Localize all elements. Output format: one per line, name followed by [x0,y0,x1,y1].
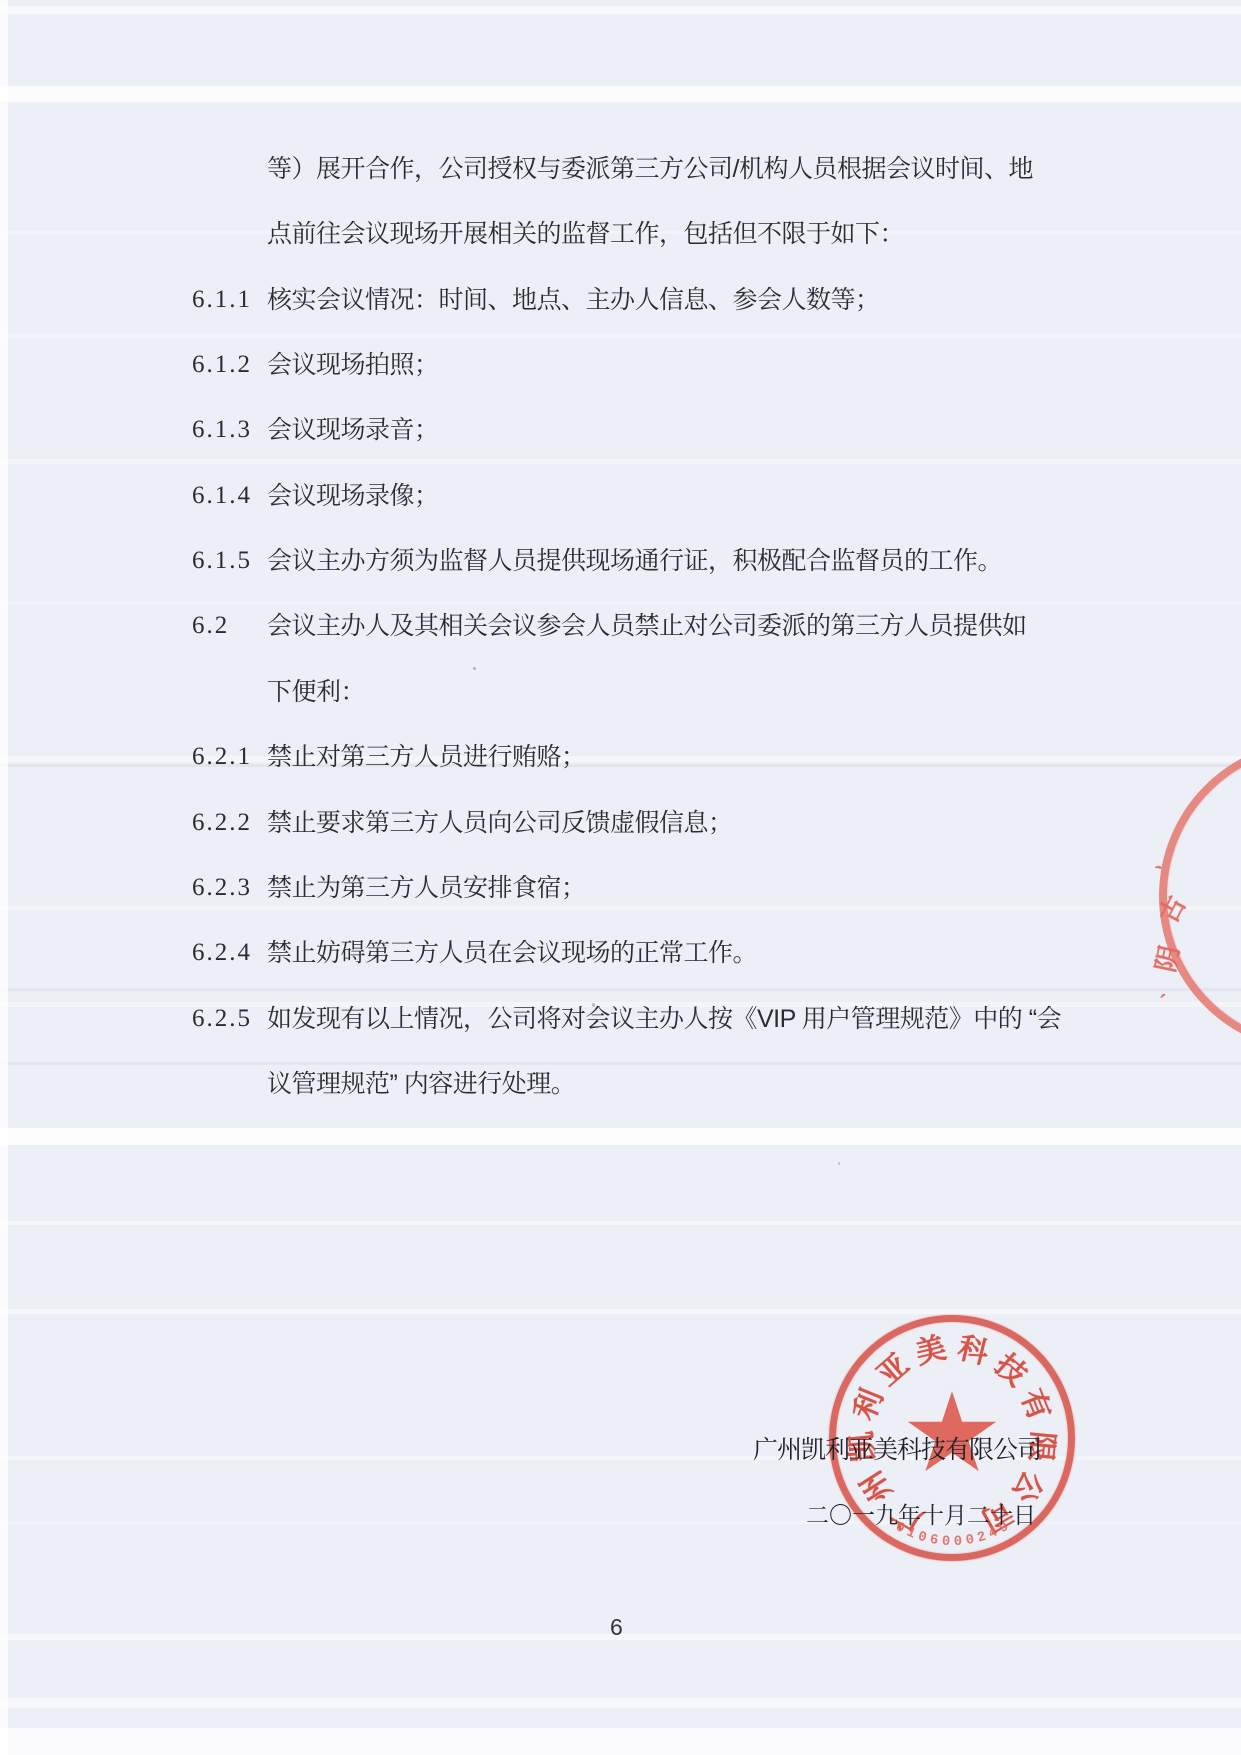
clause-line: 议管理规范” 内容进行处理。 [0,1067,1120,1101]
clause-line: 6.2.2 禁止要求第三方人员向公司反馈虚假信息； [0,806,1120,840]
clause-number: 6.1.2 [192,348,252,382]
clause-line: 6.2.4 禁止妨碍第三方人员在会议现场的正常工作。 [0,936,1120,970]
clause-number: 6.1.1 [192,283,252,317]
signature-date: 二〇一九年十月二十日 [806,1497,1036,1530]
clause-text: 等）展开合作，公司授权与委派第三方公司/机构人员根据会议时间、地 [267,152,1033,186]
document-page: 等）展开合作，公司授权与委派第三方公司/机构人员根据会议时间、地 点前往会议现场… [0,0,1241,1755]
page-number: 6 [610,1614,623,1641]
clause-number: 6.1.5 [192,544,252,578]
clause-text: 点前往会议现场开展相关的监督工作，包括但不限于如下： [267,217,904,251]
clause-line: 6.2 会议主办人及其相关会议参会人员禁止对公司委派的第三方人员提供如 [0,609,1120,643]
clause-line: 6.1.1 核实会议情况：时间、地点、主办人信息、参会人数等； [0,283,1120,317]
clause-number: 6.2.5 [192,1002,252,1036]
clause-text: 禁止要求第三方人员向公司反馈虚假信息； [267,806,733,840]
clause-number: 6.2.4 [192,936,252,970]
clause-line: 6.1.4 会议现场录像； [0,479,1120,513]
edge-partial-seal: 、古阴、 [1120,730,1241,1042]
clause-text: 会议主办人及其相关会议参会人员禁止对公司委派的第三方人员提供如 [267,609,1027,643]
edge-seal-ring-arc [1159,740,1241,1042]
clause-line: 6.1.5 会议主办方须为监督人员提供现场通行证，积极配合监督员的工作。 [0,544,1120,578]
signature-company-name: 广州凯利亚美科技有限公司 [753,1430,1041,1466]
clause-text: 禁止妨碍第三方人员在会议现场的正常工作。 [267,936,757,970]
seal-serial-digit: 0 [941,1534,950,1550]
clause-text: 议管理规范” 内容进行处理。 [267,1067,575,1101]
clause-line: 等）展开合作，公司授权与委派第三方公司/机构人员根据会议时间、地 [0,152,1120,186]
clause-number: 6.2 [192,609,229,643]
clause-text: 核实会议情况：时间、地点、主办人信息、参会人数等； [267,283,880,317]
clause-text: 会议现场拍照； [267,348,439,382]
clause-text: 会议主办方须为监督人员提供现场通行证，积极配合监督员的工作。 [267,544,1002,578]
clause-line: 6.2.3 禁止为第三方人员安排食宿； [0,871,1120,905]
clause-line: 下便利： [0,675,1120,709]
clause-number: 6.1.4 [192,479,252,513]
clause-text: 如发现有以上情况，公司将对会议主办人按《VIP 用户管理规范》中的 “会 [267,1002,1061,1036]
scan-speck [838,1162,840,1165]
clause-number: 6.2.1 [192,740,252,774]
clause-text: 禁止为第三方人员安排食宿； [267,871,586,905]
clause-line: 点前往会议现场开展相关的监督工作，包括但不限于如下： [0,217,1120,251]
clause-number: 6.1.3 [192,413,252,447]
clause-line: 6.2.5 如发现有以上情况，公司将对会议主办人按《VIP 用户管理规范》中的 … [0,1002,1120,1036]
clause-text: 会议现场录像； [267,479,439,513]
clause-number: 6.2.3 [192,871,252,905]
seal-serial-digit: 0 [953,1534,962,1550]
scan-speck [473,667,476,670]
clause-line: 6.1.3 会议现场录音； [0,413,1120,447]
clause-text: 会议现场录音； [267,413,439,447]
clause-line: 6.2.1 禁止对第三方人员进行贿赂； [0,740,1120,774]
edge-seal-char: 、 [1147,982,1169,999]
clause-line: 6.1.2 会议现场拍照； [0,348,1120,382]
scan-speck [592,1003,595,1007]
clause-text: 下便利： [267,675,365,709]
clause-text: 禁止对第三方人员进行贿赂； [267,740,586,774]
clause-number: 6.2.2 [192,806,252,840]
